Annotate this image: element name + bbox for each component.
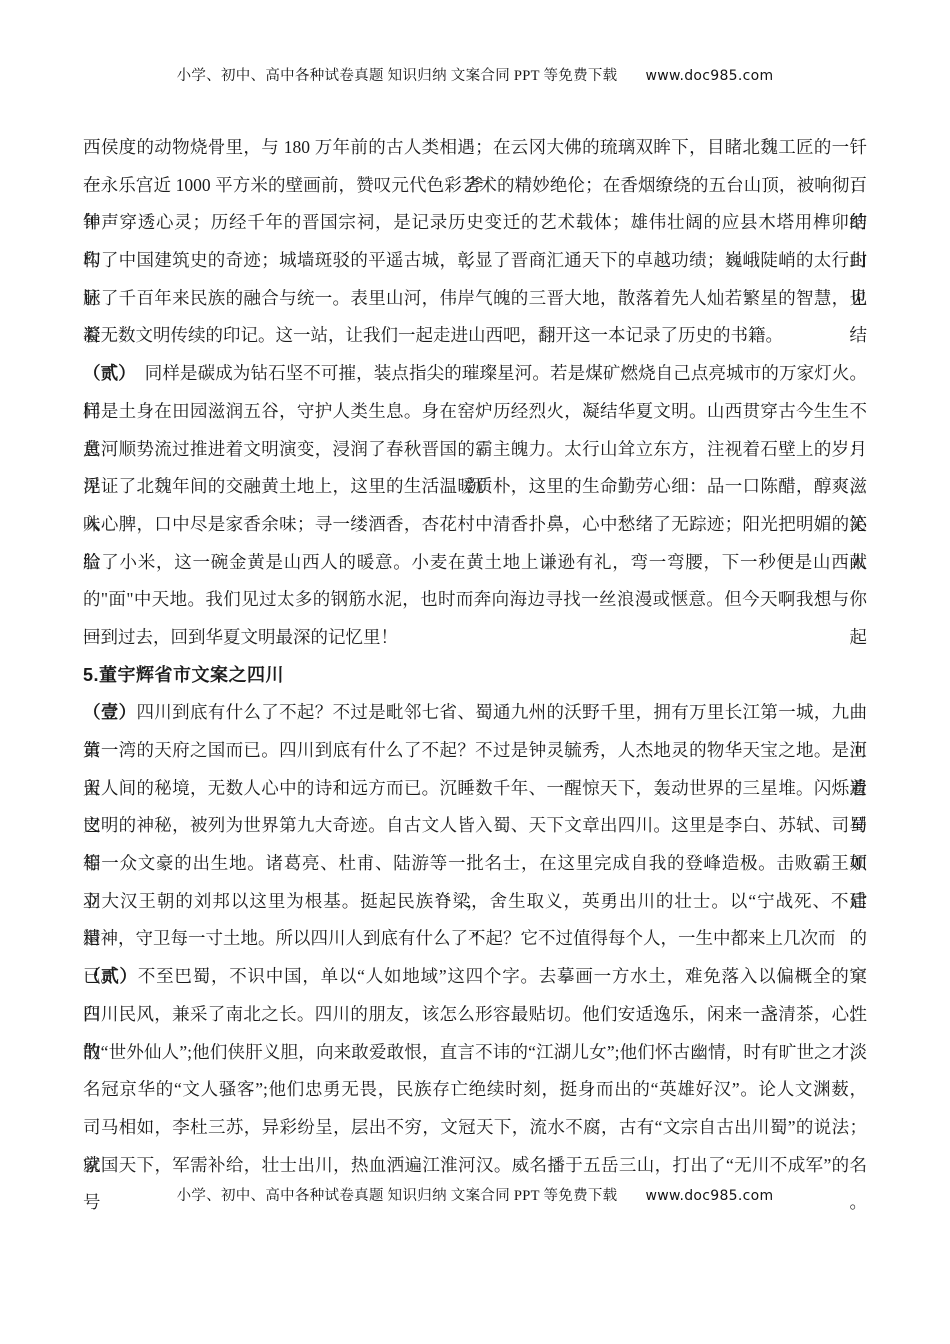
document-body: 西侯度的动物烧骨里，与 180 万年前的古人类相遇；在云冈大佛的琉璃双眸下，目睹… — [83, 129, 867, 1184]
document-text-line: 名冠京华的“文人骚客”;他们忠勇无畏，民族存亡绝续时刻，挺身而出的“英雄好汉”。… — [83, 1071, 867, 1109]
document-text-line: 在永乐宫近 1000 平方米的壁画前，赞叹元代色彩艺术的精妙绝伦；在香烟缭绕的五… — [83, 167, 867, 205]
footer-url: www.doc985.com — [645, 1188, 773, 1204]
document-text-line: 着无数文明传续的印记。这一站，让我们一起走进山西吧，翻开这一本记录了历史的书籍。 — [83, 317, 867, 355]
document-text-line: 黄河顺势流过推进着文明演变，浸润了春秋晋国的霸主魄力。太行山耸立东方，注视着石壁… — [83, 431, 867, 469]
document-text-line: 文明的神秘，被列为世界第九大奇迹。自古文人皆入蜀、天下文章出四川。这里是李白、苏… — [83, 807, 867, 845]
header-url: www.doc985.com — [645, 68, 773, 84]
document-text-line: 司马相如，李杜三苏，异彩纷呈，层出不穷，文冠天下，流水不腐，古有“文宗自古出川蜀… — [83, 1109, 867, 1147]
document-text-line: 的"面"中天地。我们见过太多的钢筋水泥，也时而奔向海边寻找一丝浪漫或惬意。但今天… — [83, 581, 867, 619]
document-text-line: 样是土身在田园滋润五谷，守护人类生息。身在窑炉历经烈火，凝结华夏文明。山西贯穿古… — [83, 393, 867, 431]
document-text-line: （贰） 同样是碳成为钻石坚不可摧，装点指尖的璀璨星河。若是煤矿燃烧自己点亮城市的… — [83, 355, 867, 393]
document-text-line: 四川民风，兼采了南北之长。四川的朋友，该怎么形容最贴切。他们安适逸乐，闲来一盏清… — [83, 996, 867, 1034]
document-text-line: 钟声穿透心灵；历经千年的晋国宗祠，是记录历史变迁的艺术载体；雄伟壮阔的应县木塔用… — [83, 204, 867, 242]
document-text-line: 立大汉王朝的刘邦以这里为根基。挺起民族脊梁，舍生取义，英勇出川的壮士。以“宁战死… — [83, 883, 867, 921]
footer-text: 小学、初中、高中各种试卷真题 知识归纳 文案合同 PPT 等免费下载 — [177, 1188, 618, 1204]
header-text: 小学、初中、高中各种试卷真题 知识归纳 文案合同 PPT 等免费下载 — [177, 68, 618, 84]
document-text-line: 的“世外仙人”;他们侠肝义胆，向来敢爱敢恨，直言不讳的“江湖儿女”;他们怀古幽情… — [83, 1034, 867, 1072]
document-text-line: 等一众文豪的出生地。诸葛亮、杜甫、陆游等一批名士，在这里完成自我的登峰造极。击败… — [83, 845, 867, 883]
document-text-line: 印了中国建筑史的奇迹；城墙斑驳的平遥古城，彰显了晋商汇通天下的卓越功绩；巍峨陡峭… — [83, 242, 867, 280]
document-text-line: （贰）不至巴蜀，不识中国，单以“人如地域”这四个字。去摹画一方水土，难免落入以偏… — [83, 958, 867, 996]
document-text-line: 留人间的秘境，无数人心中的诗和远方而已。沉睡数千年、一醒惊天下，轰动世界的三星堆… — [83, 770, 867, 808]
page-header: 小学、初中、高中各种试卷真题 知识归纳 文案合同 PPT 等免费下载www.do… — [0, 64, 950, 85]
document-text-line: 家国天下，军需补给，壮士出川，热血洒遍江淮河汉。威名播于五岳三山，打出了“无川不… — [83, 1147, 867, 1185]
document-text-line: 见证了北魏年间的交融黄土地上，这里的生活温暖质朴，这里的生命勤劳心细：品一口陈醋… — [83, 468, 867, 506]
document-text-line: 证了千百年来民族的融合与统一。表里山河，伟岸气魄的三晋大地，散落着先人灿若繁星的… — [83, 280, 867, 318]
document-page: 小学、初中、高中各种试卷真题 知识归纳 文案合同 PPT 等免费下载www.do… — [0, 0, 950, 1344]
document-text-line: 给了小米，这一碗金黄是山西人的暖意。小麦在黄土地上谦逊有礼，弯一弯腰，下一秒便是… — [83, 544, 867, 582]
document-text-line: 第一湾的天府之国而已。四川到底有什么了不起？不过是钟灵毓秀，人杰地灵的物华天宝之… — [83, 732, 867, 770]
document-text-line: （壹）四川到底有什么了不起？不过是毗邻七省、蜀通九州的沃野千里，拥有万里长江第一… — [83, 694, 867, 732]
document-text-line: 入心脾，口中尽是家香余味；寻一缕酒香，杏花村中清香扑鼻，心中愁绪了无踪迹；阳光把… — [83, 506, 867, 544]
document-text-line: 西侯度的动物烧骨里，与 180 万年前的古人类相遇；在云冈大佛的琉璃双眸下，目睹… — [83, 129, 867, 167]
document-text-line: 精神，守卫每一寸土地。所以四川人到底有什么了不起？它不过值得每个人，一生中都来上… — [83, 920, 867, 958]
section-heading: 5.董宇辉省市文案之四川 — [83, 657, 867, 695]
page-footer: 小学、初中、高中各种试卷真题 知识归纳 文案合同 PPT 等免费下载www.do… — [0, 1184, 950, 1205]
